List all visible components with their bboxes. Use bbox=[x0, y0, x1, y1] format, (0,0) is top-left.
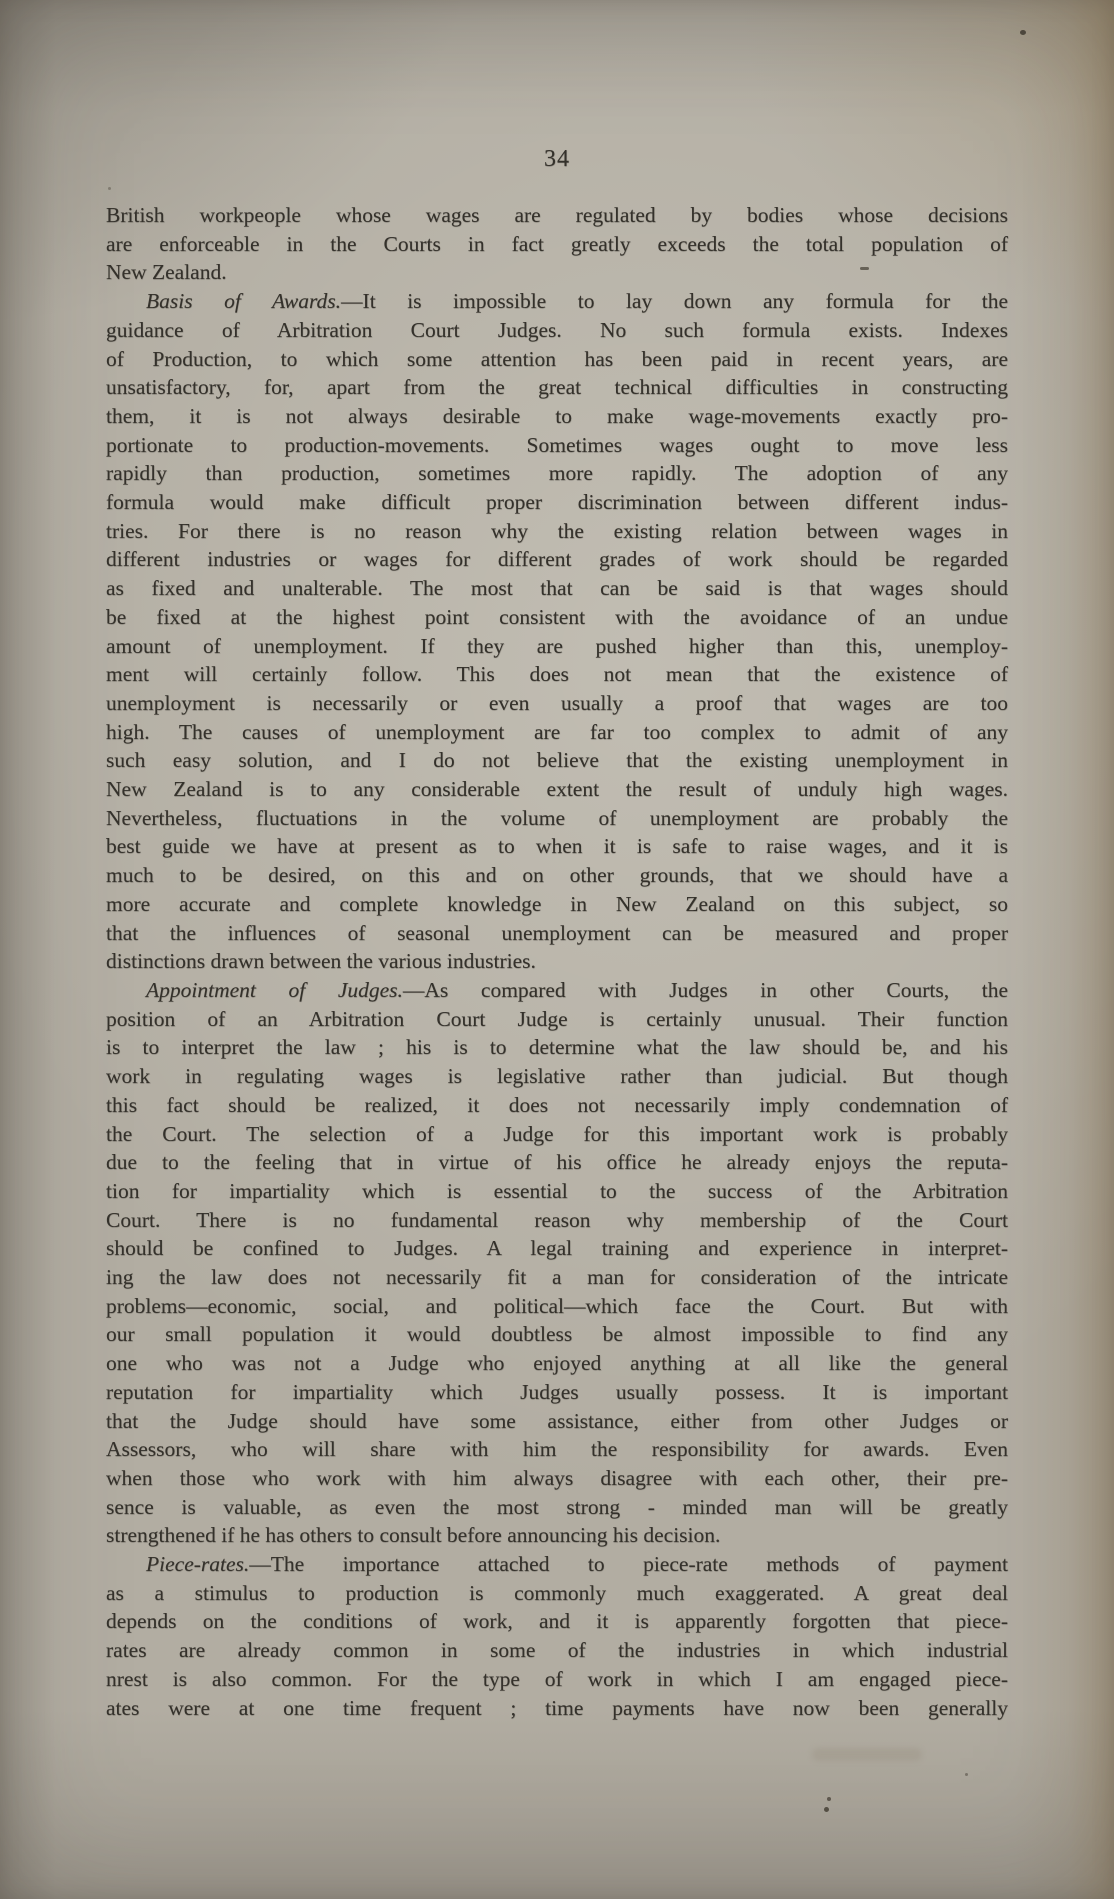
text-line: British workpeople whose wages are regul… bbox=[106, 201, 1008, 230]
text-line: them, it is not always desirable to make… bbox=[106, 402, 1008, 431]
text-line: much to be desired, on this and on other… bbox=[106, 861, 1008, 890]
ink-speck bbox=[965, 1773, 968, 1776]
text-line: best guide we have at present as to when… bbox=[106, 832, 1008, 861]
page-number: 34 bbox=[106, 146, 1008, 173]
text-line: are enforceable in the Courts in fact gr… bbox=[106, 230, 1008, 259]
text-line: formula would make difficult proper disc… bbox=[106, 488, 1008, 517]
text-line: is to interpret the law ; his is to dete… bbox=[106, 1033, 1008, 1062]
text-line: the Court. The selection of a Judge for … bbox=[106, 1120, 1008, 1149]
text-line: as a stimulus to production is commonly … bbox=[106, 1579, 1008, 1608]
text-line: position of an Arbitration Court Judge i… bbox=[106, 1005, 1008, 1034]
paragraph: British workpeople whose wages are regul… bbox=[106, 201, 1008, 287]
paragraph-lead-italic: Basis of Awards. bbox=[146, 289, 341, 313]
text-line: Assessors, who will share with him the r… bbox=[106, 1435, 1008, 1464]
text-line: amount of unemployment. If they are push… bbox=[106, 632, 1008, 661]
ink-speck bbox=[827, 1797, 831, 1801]
text-line: one who was not a Judge who enjoyed anyt… bbox=[106, 1349, 1008, 1378]
text-line: rapidly than production, sometimes more … bbox=[106, 459, 1008, 488]
text-line: problems—economic, social, and political… bbox=[106, 1292, 1008, 1321]
text-line: Nevertheless, fluctuations in the volume… bbox=[106, 804, 1008, 833]
text-line: work in regulating wages is legislative … bbox=[106, 1062, 1008, 1091]
ink-speck bbox=[1020, 30, 1026, 35]
text-line: depends on the conditions of work, and i… bbox=[106, 1607, 1008, 1636]
text-line: sence is valuable, as even the most stro… bbox=[106, 1493, 1008, 1522]
text-line: distinctions drawn between the various i… bbox=[106, 947, 1008, 976]
text-line: Piece-rates.—The importance attached to … bbox=[106, 1550, 1008, 1579]
text-line: ment will certainly follow. This does no… bbox=[106, 660, 1008, 689]
text-line: portionate to production-movements. Some… bbox=[106, 431, 1008, 460]
text-line: this fact should be realized, it does no… bbox=[106, 1091, 1008, 1120]
text-line: strengthened if he has others to consult… bbox=[106, 1521, 1008, 1550]
text-line: rates are already common in some of the … bbox=[106, 1636, 1008, 1665]
paragraph: Appointment of Judges.—As compared with … bbox=[106, 976, 1008, 1550]
text-line: reputation for impartiality which Judges… bbox=[106, 1378, 1008, 1407]
text-line: such easy solution, and I do not believe… bbox=[106, 746, 1008, 775]
paragraph: Piece-rates.—The importance attached to … bbox=[106, 1550, 1008, 1722]
text-line: guidance of Arbitration Court Judges. No… bbox=[106, 316, 1008, 345]
text-line: should be confined to Judges. A legal tr… bbox=[106, 1234, 1008, 1263]
text-line: as fixed and unalterable. The most that … bbox=[106, 574, 1008, 603]
ink-speck bbox=[860, 267, 869, 270]
text-line: unsatisfactory, for, apart from the grea… bbox=[106, 373, 1008, 402]
text-line: New Zealand. bbox=[106, 258, 1008, 287]
text-line: Basis of Awards.—It is impossible to lay… bbox=[106, 287, 1008, 316]
text-line: Appointment of Judges.—As compared with … bbox=[106, 976, 1008, 1005]
ink-speck bbox=[108, 187, 111, 190]
text-line: due to the feeling that in virtue of his… bbox=[106, 1148, 1008, 1177]
text-line: unemployment is necessarily or even usua… bbox=[106, 689, 1008, 718]
ink-speck bbox=[824, 1807, 829, 1812]
text-line: that the influences of seasonal unemploy… bbox=[106, 919, 1008, 948]
scanned-document-page: 34 British workpeople whose wages are re… bbox=[0, 0, 1114, 1899]
text-line: ates were at one time frequent ; time pa… bbox=[106, 1694, 1008, 1723]
text-line: Court. There is no fundamental reason wh… bbox=[106, 1206, 1008, 1235]
text-line: tries. For there is no reason why the ex… bbox=[106, 517, 1008, 546]
text-line: when those who work with him always disa… bbox=[106, 1464, 1008, 1493]
text-line: tion for impartiality which is essential… bbox=[106, 1177, 1008, 1206]
page-body: British workpeople whose wages are regul… bbox=[106, 201, 1008, 1722]
paragraph: Basis of Awards.—It is impossible to lay… bbox=[106, 287, 1008, 976]
text-line: more accurate and complete knowledge in … bbox=[106, 890, 1008, 919]
text-line: different industries or wages for differ… bbox=[106, 545, 1008, 574]
paragraph-lead-italic: Piece-rates. bbox=[146, 1552, 249, 1576]
paragraph-lead-italic: Appointment of Judges. bbox=[146, 978, 403, 1002]
text-line: high. The causes of unemployment are far… bbox=[106, 718, 1008, 747]
text-line: New Zealand is to any considerable exten… bbox=[106, 775, 1008, 804]
text-line: be fixed at the highest point consistent… bbox=[106, 603, 1008, 632]
text-line: of Production, to which some attention h… bbox=[106, 345, 1008, 374]
text-line: that the Judge should have some assistan… bbox=[106, 1407, 1008, 1436]
text-line: ing the law does not necessarily fit a m… bbox=[106, 1263, 1008, 1292]
text-line: our small population it would doubtless … bbox=[106, 1320, 1008, 1349]
text-line: nrest is also common. For the type of wo… bbox=[106, 1665, 1008, 1694]
scan-smudge bbox=[812, 1748, 922, 1761]
